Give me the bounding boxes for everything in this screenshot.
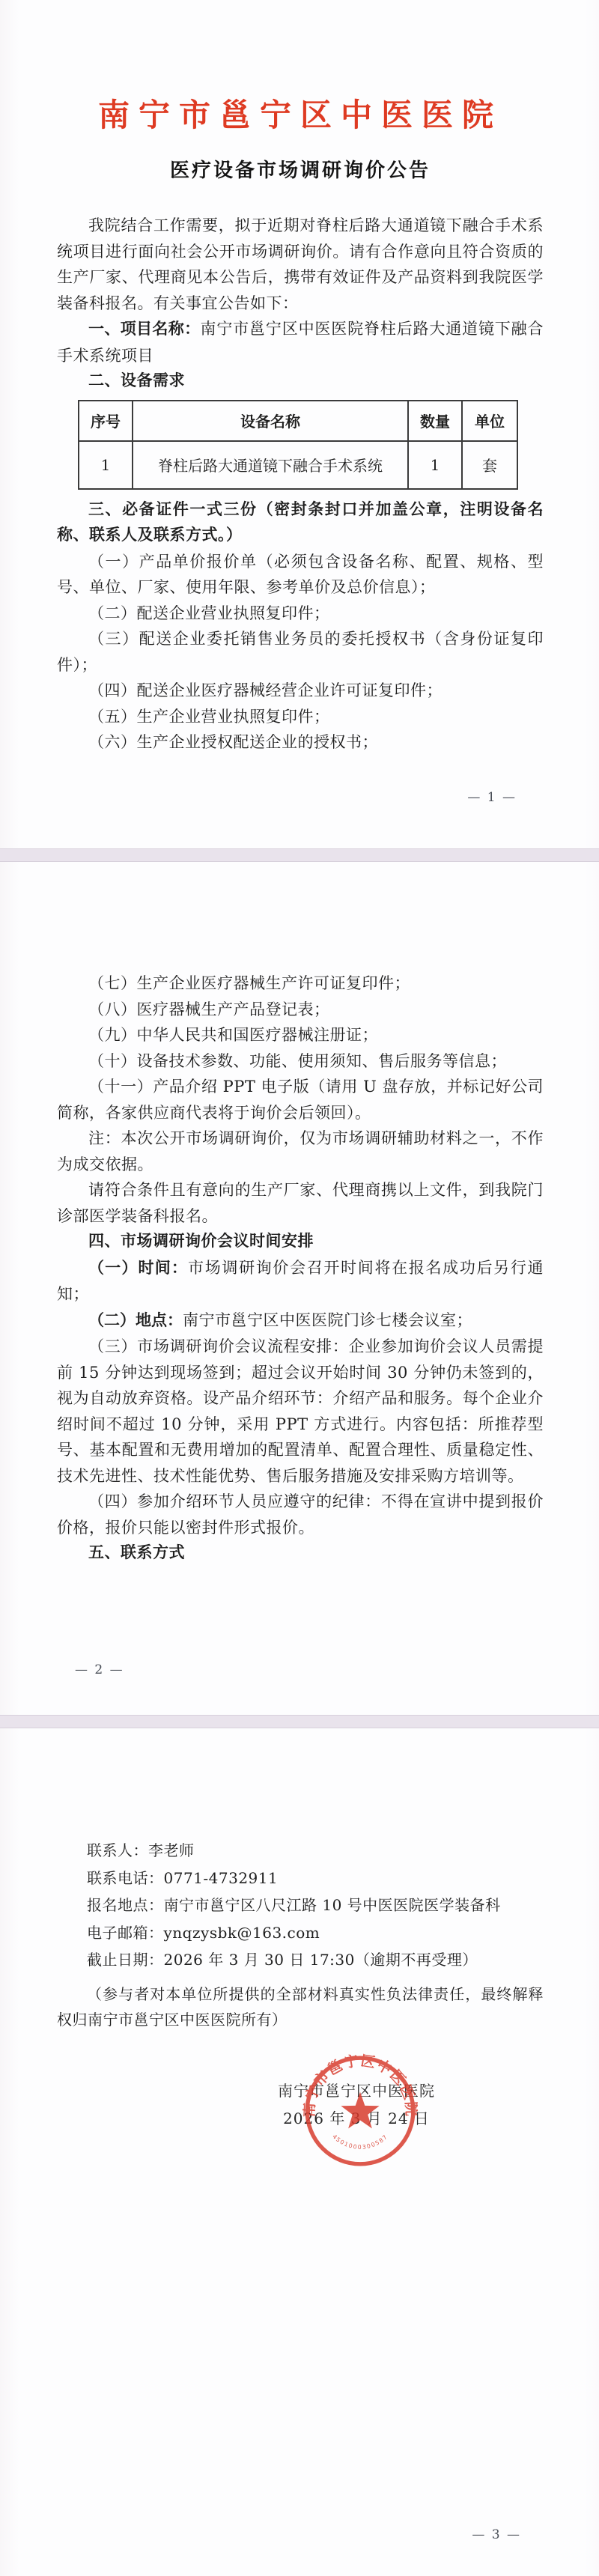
invite-paragraph: 请符合条件且有意向的生产厂家、代理商携以上文件，到我院门诊部医学装备科报名。 [57, 1177, 544, 1229]
page-3: 联系人：李老师 联系电话：0771-4732911 报名地点：南宁市邕宁区八尺江… [0, 1728, 599, 2576]
meeting-time-label: （一）时间： [88, 1260, 188, 1277]
cell-device-name: 脊柱后路大通道镜下融合手术系统 [133, 441, 408, 489]
required-doc-item-3: （三）配送企业委托销售业务员的委托授权书（含身份证复印件）； [57, 626, 544, 678]
contact-address-line: 报名地点：南宁市邕宁区八尺江路 10 号中医医院医学装备科 [57, 1892, 544, 1919]
signature-block: 南宁市邕宁区中医医院 2026 年 3 月 24 日 [252, 2077, 461, 2133]
deadline-line: 截止日期：2026 年 3 月 30 日 17:30（逾期不再受理） [57, 1946, 544, 1974]
disclaimer-paragraph: （参与者对本单位所提供的全部材料真实性负法律责任，最终解释权归南宁市邕宁区中医医… [57, 1981, 544, 2032]
page-number-3: — 3 — [472, 2527, 521, 2542]
col-header-quantity: 数量 [408, 401, 462, 441]
required-doc-item-7: （七）生产企业医疗器械生产许可证复印件； [57, 970, 544, 997]
section-5-heading: 五、联系方式 [57, 1540, 544, 1567]
required-doc-item-6: （六）生产企业授权配送企业的授权书； [57, 729, 544, 756]
meeting-place-item: （二）地点：南宁市邕宁区中医医院门诊七楼会议室； [57, 1307, 544, 1334]
col-header-device-name: 设备名称 [133, 401, 408, 441]
cell-serial: 1 [79, 441, 133, 489]
required-doc-item-10: （十）设备技术参数、功能、使用须知、售后服务等信息； [57, 1048, 544, 1075]
page-1: 南宁市邕宁区中医医院 医疗设备市场调研询价公告 我院结合工作需要，拟于近期对脊柱… [0, 0, 599, 848]
section-1-project-name: 一、项目名称：南宁市邕宁区中医医院脊柱后路大通道镜下融合手术系统项目 [57, 316, 544, 368]
hospital-title: 南宁市邕宁区中医医院 [57, 0, 544, 135]
stamp-code-text: 4501000300587 [331, 2133, 389, 2151]
required-doc-item-1: （一）产品单价报价单（必须包含设备名称、配置、规格、型号、单位、厂家、使用年限、… [57, 549, 544, 601]
announcement-title: 医疗设备市场调研询价公告 [57, 159, 544, 183]
page-separator [0, 1715, 599, 1728]
section-3-heading: 三、必备证件一式三份（密封条封口并加盖公章，注明设备名称、联系人及联系方式。） [57, 497, 544, 549]
col-header-unit: 单位 [462, 401, 517, 441]
note-paragraph: 注：本次公开市场调研询价，仅为市场调研辅助材料之一，不作为成交依据。 [57, 1126, 544, 1177]
meeting-place-label: （二）地点： [88, 1312, 183, 1329]
page-number-1: — 1 — [467, 790, 517, 805]
signature-org: 南宁市邕宁区中医医院 [252, 2077, 461, 2105]
contact-phone-line: 联系电话：0771-4732911 [57, 1865, 544, 1892]
meeting-flow-item: （三）市场调研询价会议流程安排：企业参加询价会议人员需提前 15 分钟达到现场签… [57, 1334, 544, 1489]
required-doc-item-4: （四）配送企业医疗器械经营企业许可证复印件； [57, 678, 544, 704]
cell-unit: 套 [462, 441, 517, 489]
cell-quantity: 1 [408, 441, 462, 489]
equipment-table: 序号 设备名称 数量 单位 1 脊柱后路大通道镜下融合手术系统 1 套 [78, 400, 518, 490]
meeting-time-item: （一）时间：市场调研询价会召开时间将在报名成功后另行通知； [57, 1255, 544, 1307]
required-doc-item-8: （八）医疗器械生产产品登记表； [57, 997, 544, 1023]
signature-date: 2026 年 3 月 24 日 [252, 2105, 461, 2133]
required-doc-item-2: （二）配送企业营业执照复印件； [57, 601, 544, 627]
contact-person-line: 联系人：李老师 [57, 1837, 544, 1865]
required-doc-item-9: （九）中华人民共和国医疗器械注册证； [57, 1022, 544, 1048]
required-doc-item-5: （五）生产企业营业执照复印件； [57, 704, 544, 730]
contact-email-line: 电子邮箱：ynqzysbk@163.com [57, 1919, 544, 1947]
page-number-2: — 2 — [75, 1662, 124, 1677]
col-header-serial: 序号 [79, 401, 133, 441]
meeting-place-text: 南宁市邕宁区中医医院门诊七楼会议室； [183, 1311, 472, 1329]
page-2: （七）生产企业医疗器械生产许可证复印件； （八）医疗器械生产产品登记表； （九）… [0, 862, 599, 1715]
section-2-heading: 二、设备需求 [57, 368, 544, 395]
intro-paragraph: 我院结合工作需要，拟于近期对脊柱后路大通道镜下融合手术系统项目进行面向社会公开市… [57, 213, 544, 316]
required-doc-item-11: （十一）产品介绍 PPT 电子版（请用 U 盘存放，并标记好公司简称，各家供应商… [57, 1074, 544, 1126]
scanned-announcement-document: 南宁市邕宁区中医医院 医疗设备市场调研询价公告 我院结合工作需要，拟于近期对脊柱… [0, 0, 599, 2576]
page-separator [0, 848, 599, 862]
meeting-discipline-item: （四）参加介绍环节人员应遵守的纪律：不得在宣讲中提到报价价格，报价只能以密封件形… [57, 1489, 544, 1540]
table-row: 1 脊柱后路大通道镜下融合手术系统 1 套 [79, 441, 517, 489]
table-header-row: 序号 设备名称 数量 单位 [79, 401, 517, 441]
section-1-label: 一、项目名称： [88, 321, 200, 338]
svg-text:4501000300587: 4501000300587 [331, 2133, 389, 2151]
section-4-heading: 四、市场调研询价会议时间安排 [57, 1229, 544, 1255]
